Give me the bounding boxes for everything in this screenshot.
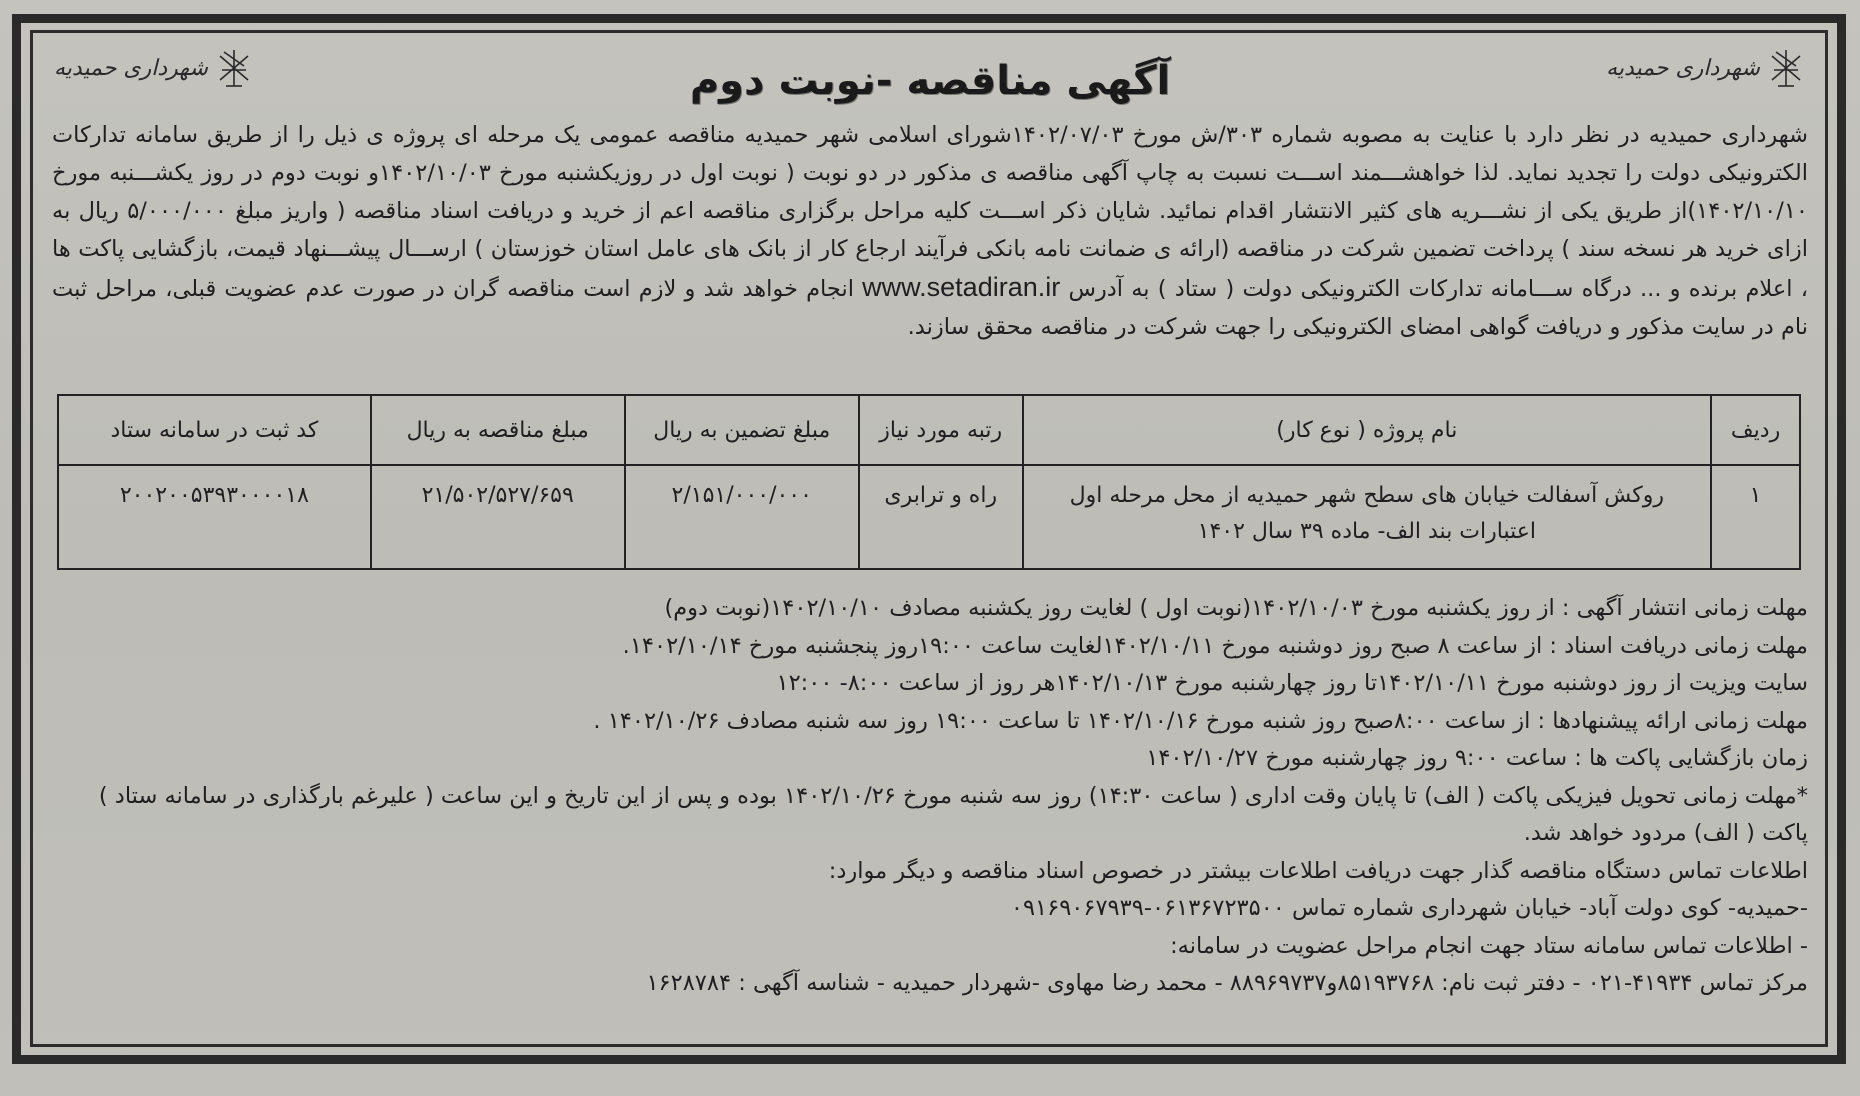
project-name-line1: روکش آسفالت خیابان های سطح شهر حمیدیه از… — [1032, 478, 1703, 514]
cell-guarantee-amount: ۲/۱۵۱/۰۰۰/۰۰۰ — [625, 465, 859, 569]
cell-setad-code: ۲۰۰۲۰۰۵۳۹۳۰۰۰۰۱۸ — [58, 465, 371, 569]
header-row-number: ردیف — [1711, 395, 1800, 465]
intro-paragraph: شهرداری حمیدیه در نظر دارد با عنایت به م… — [52, 116, 1808, 346]
document-receipt-period: مهلت زمانی دریافت اسناد : از ساعت ۸ صبح … — [52, 628, 1808, 666]
physical-delivery-note: *مهلت زمانی تحویل فیزیکی پاکت ( الف) تا … — [52, 778, 1808, 853]
header-setad-code: کد ثبت در سامانه ستاد — [58, 395, 371, 465]
envelope-opening-time: زمان بازگشایی پاکت ها : ساعت ۹:۰۰ روز چه… — [52, 740, 1808, 778]
setad-website-link[interactable]: www.setadiran.ir — [862, 272, 1060, 302]
cell-project-name: روکش آسفالت خیابان های سطح شهر حمیدیه از… — [1023, 465, 1712, 569]
contact-heading: اطلاعات تماس دستگاه مناقصه گذار جهت دریا… — [52, 853, 1808, 891]
cell-row-number: ۱ — [1711, 465, 1800, 569]
tender-notice: شهرداری حمیدیه شهرداری حمیدیه آگهی مناقص… — [44, 36, 1816, 1041]
newspaper-clipping: شهرداری حمیدیه شهرداری حمیدیه آگهی مناقص… — [0, 0, 1860, 1096]
setad-contact-heading: - اطلاعات تماس سامانه ستاد جهت انجام مرا… — [52, 928, 1808, 966]
bid-submission-period: مهلت زمانی ارائه پیشنهادها : از ساعت ۸:۰… — [52, 703, 1808, 741]
table-header-row: ردیف نام پروژه ( نوع کار) رتبه مورد نیاز… — [58, 395, 1800, 465]
schedule-section: مهلت زمانی انتشار آگهی : از روز یکشنبه م… — [52, 590, 1808, 1003]
setad-contact-details: مرکز تماس ۴۱۹۳۴-۰۲۱ - دفتر ثبت نام: ۸۵۱۹… — [52, 965, 1808, 1003]
header-project-name: نام پروژه ( نوع کار) — [1023, 395, 1712, 465]
notice-title: آگهی مناقصه -نوبت دوم — [44, 58, 1816, 104]
tender-table: ردیف نام پروژه ( نوع کار) رتبه مورد نیاز… — [57, 394, 1801, 570]
header-guarantee-amount: مبلغ تضمین به ریال — [625, 395, 859, 465]
project-name-line2: اعتبارات بند الف- ماده ۳۹ سال ۱۴۰۲ — [1032, 514, 1703, 550]
publication-period: مهلت زمانی انتشار آگهی : از روز یکشنبه م… — [52, 590, 1808, 628]
header-tender-amount: مبلغ مناقصه به ریال — [371, 395, 625, 465]
cell-tender-amount: ۲۱/۵۰۲/۵۲۷/۶۵۹ — [371, 465, 625, 569]
table-row: ۱ روکش آسفالت خیابان های سطح شهر حمیدیه … — [58, 465, 1800, 569]
site-visit-period: سایت ویزیت از روز دوشنبه مورخ ۱۴۰۲/۱۰/۱۱… — [52, 665, 1808, 703]
municipality-contact: -حمیدیه- کوی دولت آباد- خیابان شهرداری ش… — [52, 890, 1808, 928]
cell-required-grade: راه و ترابری — [859, 465, 1023, 569]
header-required-grade: رتبه مورد نیاز — [859, 395, 1023, 465]
